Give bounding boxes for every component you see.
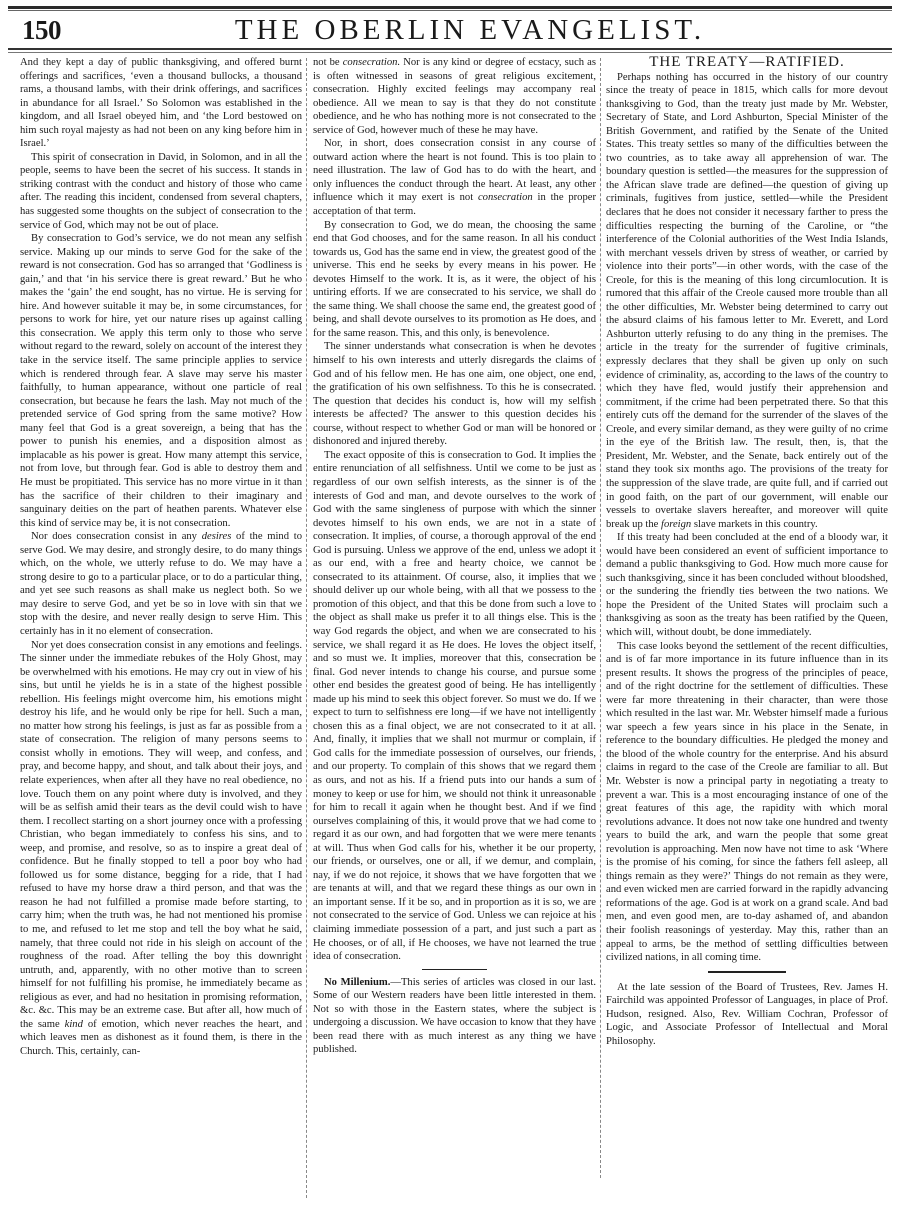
column-divider	[600, 58, 602, 1178]
paragraph: not be consecration. Nor is any kind or …	[313, 56, 596, 137]
masthead-bottom-rule-thin	[8, 52, 892, 53]
paragraph: Nor, in short, does consecration consist…	[313, 137, 596, 218]
emphasis: consecration	[478, 192, 533, 203]
paragraph: This case looks beyond the settlement of…	[606, 640, 888, 965]
newspaper-page: 150 THE OBERLIN EVANGELIST. And they kep…	[0, 0, 900, 1206]
millenium-notice: No Millenium.—This series of articles wa…	[313, 976, 596, 1057]
masthead-top-rule	[8, 6, 892, 9]
text-run: —This series of articles was closed in o…	[313, 977, 596, 1056]
paragraph: This spirit of consecration in David, in…	[20, 151, 302, 232]
left-column: And they kept a day of public thanksgivi…	[20, 56, 302, 1058]
emphasis: consecration.	[343, 57, 400, 68]
article-heading: THE TREATY—RATIFIED.	[606, 56, 888, 70]
section-separator	[708, 971, 786, 973]
paragraph: By consecration to God, we do mean, the …	[313, 219, 596, 341]
paragraph: The sinner understands what consecration…	[313, 340, 596, 448]
paragraph: Perhaps nothing has occurred in the hist…	[606, 71, 888, 532]
text-run: slave markets in this country.	[691, 519, 817, 530]
emphasis: kind	[65, 1019, 83, 1030]
paragraph: And they kept a day of public thanksgivi…	[20, 56, 302, 151]
paragraph: Nor yet does consecration consist in any…	[20, 639, 302, 1059]
text-run: Nor yet does consecration consist in any…	[20, 640, 302, 1030]
text-run: Nor is any kind or degree of ecstacy, su…	[313, 57, 596, 136]
paragraph: By consecration to God’s service, we do …	[20, 232, 302, 530]
emphasis: foreign	[661, 519, 691, 530]
paragraph: If this treaty had been concluded at the…	[606, 531, 888, 639]
right-column: THE TREATY—RATIFIED. Perhaps nothing has…	[606, 56, 888, 1048]
masthead-top-rule-thin	[8, 10, 892, 11]
text-run: not be	[313, 57, 343, 68]
runin-heading: No Millenium.	[324, 977, 390, 988]
masthead: 150 THE OBERLIN EVANGELIST.	[8, 12, 892, 46]
section-separator	[422, 969, 487, 970]
column-divider	[306, 58, 308, 1198]
text-run: Nor does consecration consist in any	[31, 531, 202, 542]
masthead-bottom-rule	[8, 48, 892, 50]
text-run: of the mind to serve God. We may desire,…	[20, 531, 302, 637]
trustees-notice: At the late session of the Board of Trus…	[606, 981, 888, 1049]
paragraph: Nor does consecration consist in any des…	[20, 530, 302, 638]
emphasis: desires	[202, 531, 232, 542]
middle-column: not be consecration. Nor is any kind or …	[313, 56, 596, 1057]
paragraph: The exact opposite of this is consecrati…	[313, 449, 596, 964]
text-run: Perhaps nothing has occurred in the hist…	[606, 72, 888, 530]
newspaper-title: THE OBERLIN EVANGELIST.	[8, 14, 892, 47]
